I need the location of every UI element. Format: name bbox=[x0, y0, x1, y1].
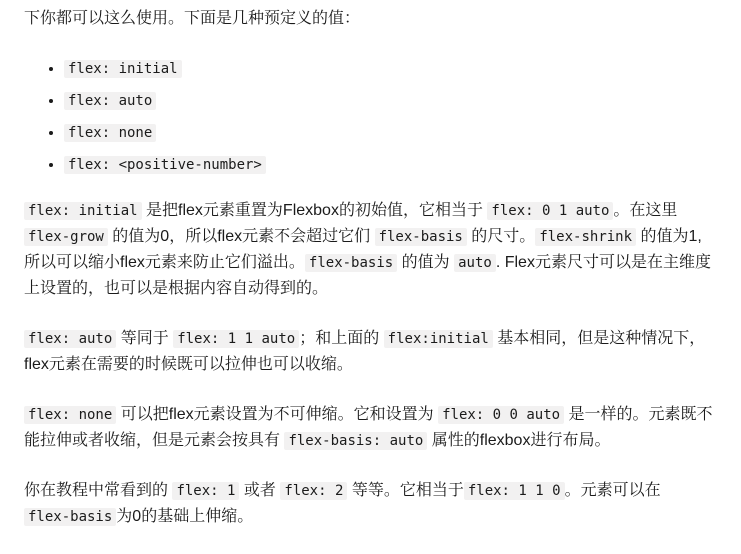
text-run: 。在这里 bbox=[613, 202, 677, 219]
text-run: 属性的flexbox进行布局。 bbox=[427, 432, 610, 449]
text-run: 可以把flex元素设置为不可伸缩。它和设置为 bbox=[116, 406, 438, 423]
inline-code: flex-basis bbox=[24, 508, 116, 526]
inline-code: flex: none bbox=[64, 124, 156, 142]
inline-code: flex: 1 1 auto bbox=[173, 330, 299, 348]
paragraph-flex-positive-number: 你在教程中常看到的 flex: 1 或者 flex: 2 等等。它相当于flex… bbox=[24, 478, 717, 530]
text-run: 等同于 bbox=[116, 330, 173, 347]
inline-code: flex: auto bbox=[24, 330, 116, 348]
text-run: 你在教程中常看到的 bbox=[24, 482, 172, 499]
article-content: 下你都可以这么使用。下面是几种预定义的值： flex: initial flex… bbox=[0, 0, 741, 530]
inline-code: flex: 1 bbox=[172, 482, 239, 500]
inline-code: flex-basis bbox=[375, 228, 467, 246]
list-item: flex: <positive-number> bbox=[64, 152, 717, 178]
inline-code: flex-grow bbox=[24, 228, 108, 246]
text-run: 的值为 bbox=[397, 254, 454, 271]
list-item: flex: none bbox=[64, 120, 717, 146]
inline-code: flex: 0 1 auto bbox=[487, 202, 613, 220]
text-run: ；和上面的 bbox=[299, 330, 383, 347]
text-run: 。元素可以在 bbox=[565, 482, 661, 499]
inline-code: flex: auto bbox=[64, 92, 156, 110]
text-run: 的尺寸。 bbox=[467, 228, 535, 245]
list-item: flex: auto bbox=[64, 88, 717, 114]
inline-code: flex-shrink bbox=[535, 228, 636, 246]
list-item: flex: initial bbox=[64, 56, 717, 82]
paragraph-flex-auto: flex: auto 等同于 flex: 1 1 auto；和上面的 flex:… bbox=[24, 326, 717, 378]
text-run: 或者 bbox=[239, 482, 280, 499]
inline-code: auto bbox=[454, 254, 496, 272]
paragraph-flex-initial: flex: initial 是把flex元素重置为Flexbox的初始值，它相当… bbox=[24, 198, 717, 302]
inline-code: flex: 1 1 0 bbox=[464, 482, 565, 500]
text-run: 为0的基础上伸缩。 bbox=[116, 508, 253, 525]
inline-code: flex: 2 bbox=[280, 482, 347, 500]
inline-code: flex:initial bbox=[384, 330, 493, 348]
inline-code: flex: <positive-number> bbox=[64, 156, 266, 174]
paragraph-flex-none: flex: none 可以把flex元素设置为不可伸缩。它和设置为 flex: … bbox=[24, 402, 717, 454]
inline-code: flex: 0 0 auto bbox=[438, 406, 564, 424]
text-run: 是把flex元素重置为Flexbox的初始值，它相当于 bbox=[142, 202, 488, 219]
intro-paragraph: 下你都可以这么使用。下面是几种预定义的值： bbox=[24, 6, 717, 32]
inline-code: flex: none bbox=[24, 406, 116, 424]
inline-code: flex-basis: auto bbox=[284, 432, 427, 450]
text-run: 等等。它相当于 bbox=[347, 482, 463, 499]
inline-code: flex-basis bbox=[305, 254, 397, 272]
text-run: 的值为0，所以flex元素不会超过它们 bbox=[108, 228, 375, 245]
inline-code: flex: initial bbox=[64, 60, 182, 78]
preset-values-list: flex: initial flex: auto flex: none flex… bbox=[24, 56, 717, 178]
inline-code: flex: initial bbox=[24, 202, 142, 220]
